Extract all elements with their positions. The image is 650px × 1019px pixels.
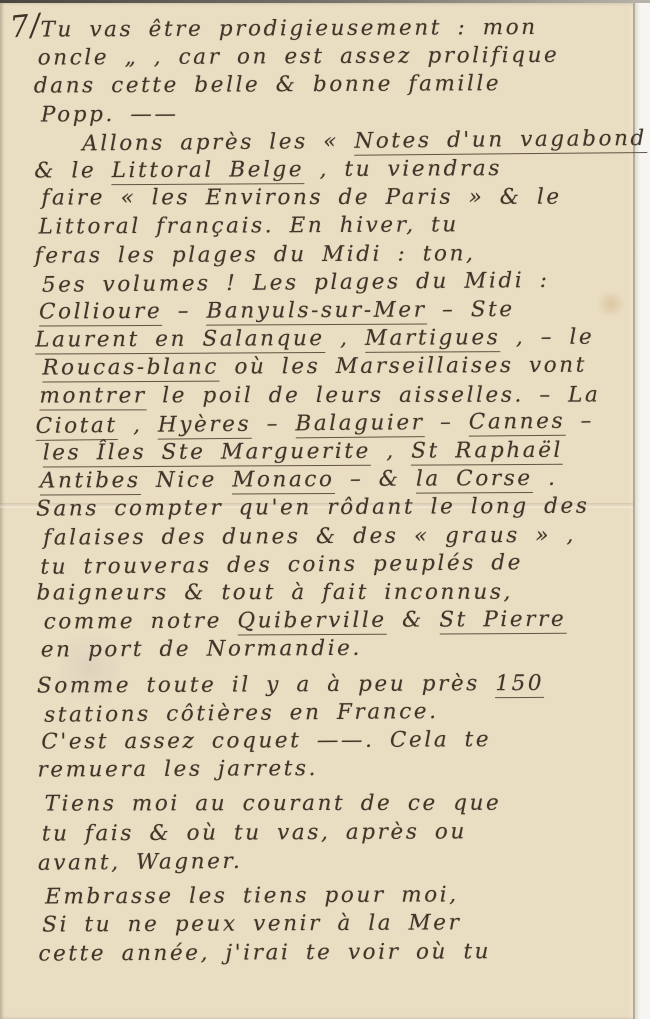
manuscript-line: feras les plages du Midi : ton, (35, 239, 624, 270)
text-segment: , – le (500, 325, 594, 350)
manuscript-line: faire « les Environs de Paris » & le (41, 184, 623, 213)
text-segment: feras les plages du Midi : ton, (35, 241, 476, 268)
text-segment: faire « les Environs de Paris » & le (41, 185, 561, 211)
underlined-phrase: Ciotat (36, 413, 118, 441)
text-segment: Si tu ne peux venir à la Mer (42, 911, 461, 938)
text-segment: – (162, 299, 206, 324)
manuscript-line: Embrasse les tiens pour moi, (45, 881, 627, 912)
manuscript-line: cette année, j'irai te voir où tu (38, 937, 627, 968)
manuscript-line: Somme toute il y a à peu près 150 (37, 669, 626, 700)
text-segment: Allons après les « (82, 129, 354, 157)
manuscript-line: C'est assez coquet ——. Cela te (41, 726, 626, 757)
underlined-phrase: 150 (495, 671, 544, 698)
underlined-phrase: Banyuls-sur-Mer (206, 298, 426, 326)
text-segment: en port de Normandie. (41, 636, 362, 663)
manuscript-line: tu fais & où tu vas, après ou (42, 817, 627, 848)
letter-text: Tu vas être prodigieusement : mononcle „… (38, 13, 628, 968)
manuscript-line: Si tu ne peux venir à la Mer (42, 909, 627, 940)
manuscript-line: Roucas-blanc où les Marseillaises vont (42, 352, 624, 383)
text-segment: – Ste (427, 297, 515, 322)
underlined-phrase: Cannes (469, 409, 566, 437)
manuscript-line: avant, Wagner. (38, 844, 627, 878)
text-segment: , tu viendras (304, 156, 502, 182)
text-segment: comme notre (44, 609, 238, 635)
manuscript-line: 5es volumes ! Les plages du Midi : (42, 266, 624, 300)
underlined-phrase: Laurent en Salanque (35, 326, 325, 355)
manuscript-line: Allons après les « Notes d'un vagabond » (38, 125, 623, 159)
text-segment: & (387, 608, 440, 633)
underlined-phrase: Antibes (40, 468, 141, 496)
text-segment: Tu vas être prodigieusement : mon (41, 15, 538, 43)
underlined-phrase: Hyères (158, 412, 252, 440)
manuscript-line: montrer le poil de leurs aisselles. – La (39, 381, 624, 410)
underlined-phrase: St Raphaël (411, 438, 563, 466)
text-segment: tu fais & où tu vas, après ou (42, 819, 467, 846)
text-segment: , (371, 439, 411, 464)
manuscript-line: Sans compter qu'en rôdant le long des (36, 493, 625, 524)
manuscript-line: Antibes Nice Monaco – & la Corse . (40, 465, 625, 496)
text-segment: remuera les jarrets. (37, 756, 318, 782)
text-segment: . (533, 466, 558, 491)
manuscript-line: Tiens moi au courant de ce que (45, 790, 627, 819)
underlined-phrase: St Pierre (439, 607, 566, 635)
manuscript-line: Popp. —— (41, 98, 623, 129)
letter-page: 7/ Tu vas être prodigieusement : mononcl… (0, 3, 635, 1019)
text-segment: – & (334, 467, 416, 492)
manuscript-line: tu trouveras des coins peuplés de (40, 548, 625, 582)
text-segment: Popp. —— (41, 101, 179, 127)
underlined-phrase: montrer (39, 383, 146, 410)
text-segment: avant, Wagner. (38, 849, 243, 876)
text-segment: – (565, 408, 594, 433)
text-segment: Sans compter qu'en rôdant le long des (36, 494, 589, 522)
text-segment: – (424, 410, 468, 435)
text-segment: Tiens moi au courant de ce que (45, 791, 502, 817)
manuscript-line: dans cette belle & bonne famille (34, 70, 623, 101)
underlined-phrase: Collioure (39, 299, 162, 327)
text-segment: , (325, 326, 365, 351)
underlined-phrase: Roucas-blanc (42, 355, 219, 383)
text-segment: stations côtières en France. (44, 699, 439, 728)
text-segment: 5es volumes ! Les plages du Midi : (42, 268, 550, 298)
manuscript-line: en port de Normandie. (41, 634, 626, 665)
underlined-phrase: Monaco (232, 467, 334, 495)
scanned-photo-backdrop: 7/ Tu vas être prodigieusement : mononcl… (0, 0, 650, 1019)
underlined-phrase: Quiberville (237, 608, 386, 636)
manuscript-line: baigneurs & tout à fait inconnus, (37, 579, 626, 608)
manuscript-line: stations côtières en France. (44, 696, 626, 730)
text-segment: baigneurs & tout à fait inconnus, (37, 580, 513, 606)
text-segment: tu trouveras des coins peuplés de (40, 550, 523, 580)
text-segment: falaises des dunes & des « graus » , (43, 522, 576, 550)
text-segment: oncle „ , car on est assez prolifique (38, 43, 560, 71)
manuscript-line: oncle „ , car on est assez prolifique (38, 42, 623, 73)
underlined-phrase: Martigues (365, 325, 501, 353)
manuscript-line: Tu vas être prodigieusement : mon (41, 13, 623, 44)
text-segment: Somme toute il y a à peu près (37, 671, 495, 698)
underlined-phrase: Notes d'un vagabond (354, 126, 647, 156)
text-segment: Embrasse les tiens pour moi, (45, 882, 459, 909)
manuscript-line: Littoral français. En hiver, tu (39, 211, 624, 242)
underlined-phrase: la Corse (416, 466, 533, 494)
underlined-phrase: Littoral Belge (112, 157, 305, 185)
manuscript-line: les Îles Ste Marguerite , St Raphaël (43, 437, 625, 468)
manuscript-line: Ciotat , Hyères – Balaguier – Cannes – (36, 407, 625, 441)
text-segment: – (251, 411, 295, 436)
text-segment: dans cette belle & bonne famille (34, 72, 501, 99)
text-segment: & le (34, 158, 112, 183)
manuscript-line: comme notre Quiberville & St Pierre (44, 606, 626, 637)
text-segment: Littoral français. En hiver, tu (39, 213, 459, 240)
manuscript-line: remuera les jarrets. (37, 754, 626, 785)
manuscript-line: Collioure – Banyuls-sur-Mer – Ste (39, 296, 624, 327)
text-segment: Nice (141, 468, 233, 493)
text-segment: le poil de leurs aisselles. – La (147, 382, 601, 408)
manuscript-line: & le Littoral Belge , tu viendras (34, 154, 623, 185)
manuscript-line: falaises des dunes & des « graus » , (43, 521, 625, 552)
text-segment: C'est assez coquet ——. Cela te (41, 727, 491, 754)
underlined-phrase: Balaguier (295, 410, 424, 438)
text-segment: cette année, j'irai te voir où tu (38, 939, 491, 966)
manuscript-line: Laurent en Salanque , Martigues , – le (35, 324, 624, 355)
text-segment: où les Marseillaises vont (219, 353, 587, 380)
underlined-phrase: les Îles Ste Marguerite (43, 439, 371, 468)
text-segment: , (118, 413, 159, 438)
